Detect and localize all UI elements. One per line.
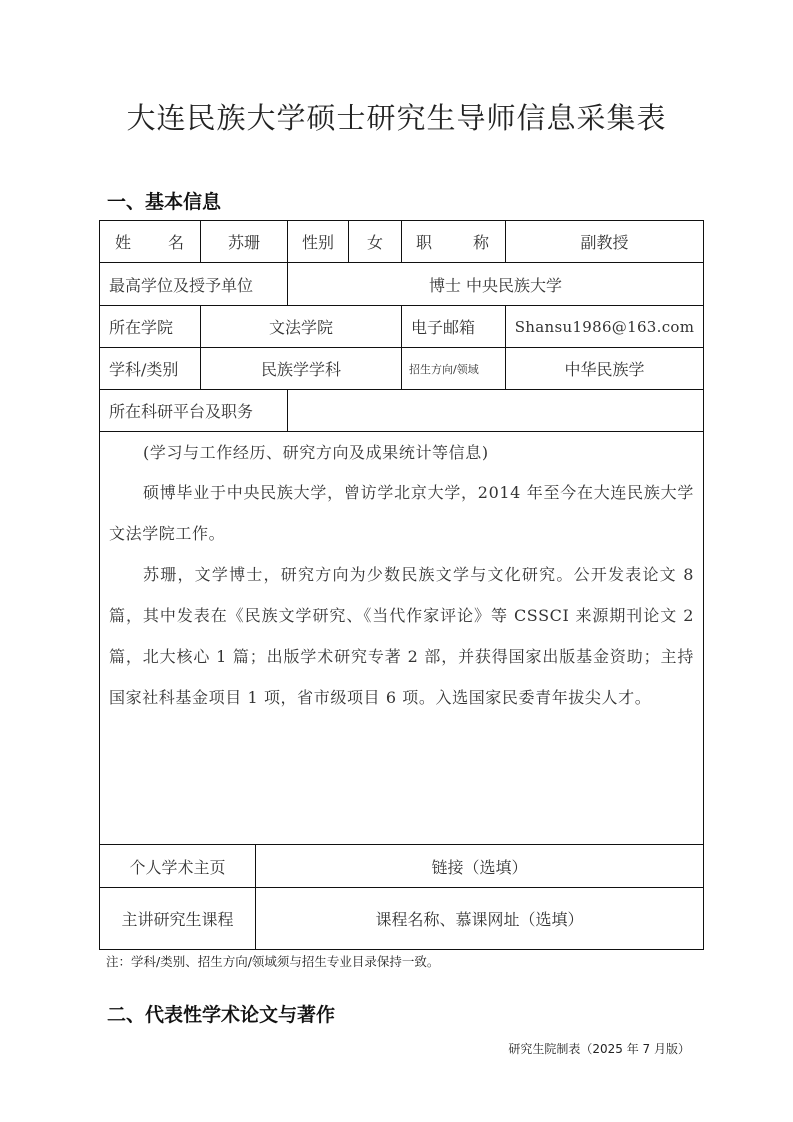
title-label-part1: 职 bbox=[416, 230, 432, 253]
discipline-label: 学科/类别 bbox=[99, 347, 201, 390]
email-value: Shansu1986@163.com bbox=[505, 305, 704, 348]
courses-value: 课程名称、慕课网址（选填） bbox=[255, 887, 704, 950]
degree-label: 最高学位及授予单位 bbox=[99, 262, 288, 306]
platform-label: 所在科研平台及职务 bbox=[99, 389, 288, 432]
section-heading-publications: 二、代表性学术论文与著作 bbox=[107, 1000, 335, 1027]
discipline-value: 民族学学科 bbox=[200, 347, 402, 390]
section-heading-basic-info: 一、基本信息 bbox=[107, 187, 221, 214]
college-value: 文法学院 bbox=[200, 305, 402, 348]
platform-value bbox=[287, 389, 704, 432]
email-label: 电子邮箱 bbox=[401, 305, 506, 348]
title-value: 副教授 bbox=[505, 220, 704, 263]
title-label-part2: 称 bbox=[473, 230, 489, 253]
profile-paragraph-2: 苏珊，文学博士，研究方向为少数民族文学与文化研究。公开发表论文 8 篇，其中发表… bbox=[109, 554, 694, 718]
gender-label: 性别 bbox=[287, 220, 349, 263]
name-label-part2: 名 bbox=[168, 230, 184, 253]
profile-hint: (学习与工作经历、研究方向及成果统计等信息) bbox=[109, 438, 694, 468]
gender-value: 女 bbox=[348, 220, 402, 263]
footnote: 注：学科/类别、招生方向/领域须与招生专业目录保持一致。 bbox=[106, 952, 439, 970]
form-version-footer: 研究生院制表（2025 年 7 月版） bbox=[508, 1040, 690, 1057]
name-value: 苏珊 bbox=[200, 220, 288, 263]
name-label-part1: 姓 bbox=[115, 230, 131, 253]
name-label: 姓 名 bbox=[99, 220, 201, 263]
courses-label: 主讲研究生课程 bbox=[99, 887, 256, 950]
title-label: 职 称 bbox=[401, 220, 506, 263]
college-label: 所在学院 bbox=[99, 305, 201, 348]
direction-label: 招生方向/领域 bbox=[401, 347, 506, 390]
profile-section: (学习与工作经历、研究方向及成果统计等信息) 硕博毕业于中央民族大学，曾访学北京… bbox=[99, 431, 704, 845]
homepage-label: 个人学术主页 bbox=[99, 844, 256, 888]
profile-paragraph-1: 硕博毕业于中央民族大学，曾访学北京大学，2014 年至今在大连民族大学文法学院工… bbox=[109, 472, 694, 554]
homepage-value: 链接（选填） bbox=[255, 844, 704, 888]
degree-value: 博士 中央民族大学 bbox=[287, 262, 704, 306]
page-title: 大连民族大学硕士研究生导师信息采集表 bbox=[0, 96, 793, 137]
direction-value: 中华民族学 bbox=[505, 347, 704, 390]
